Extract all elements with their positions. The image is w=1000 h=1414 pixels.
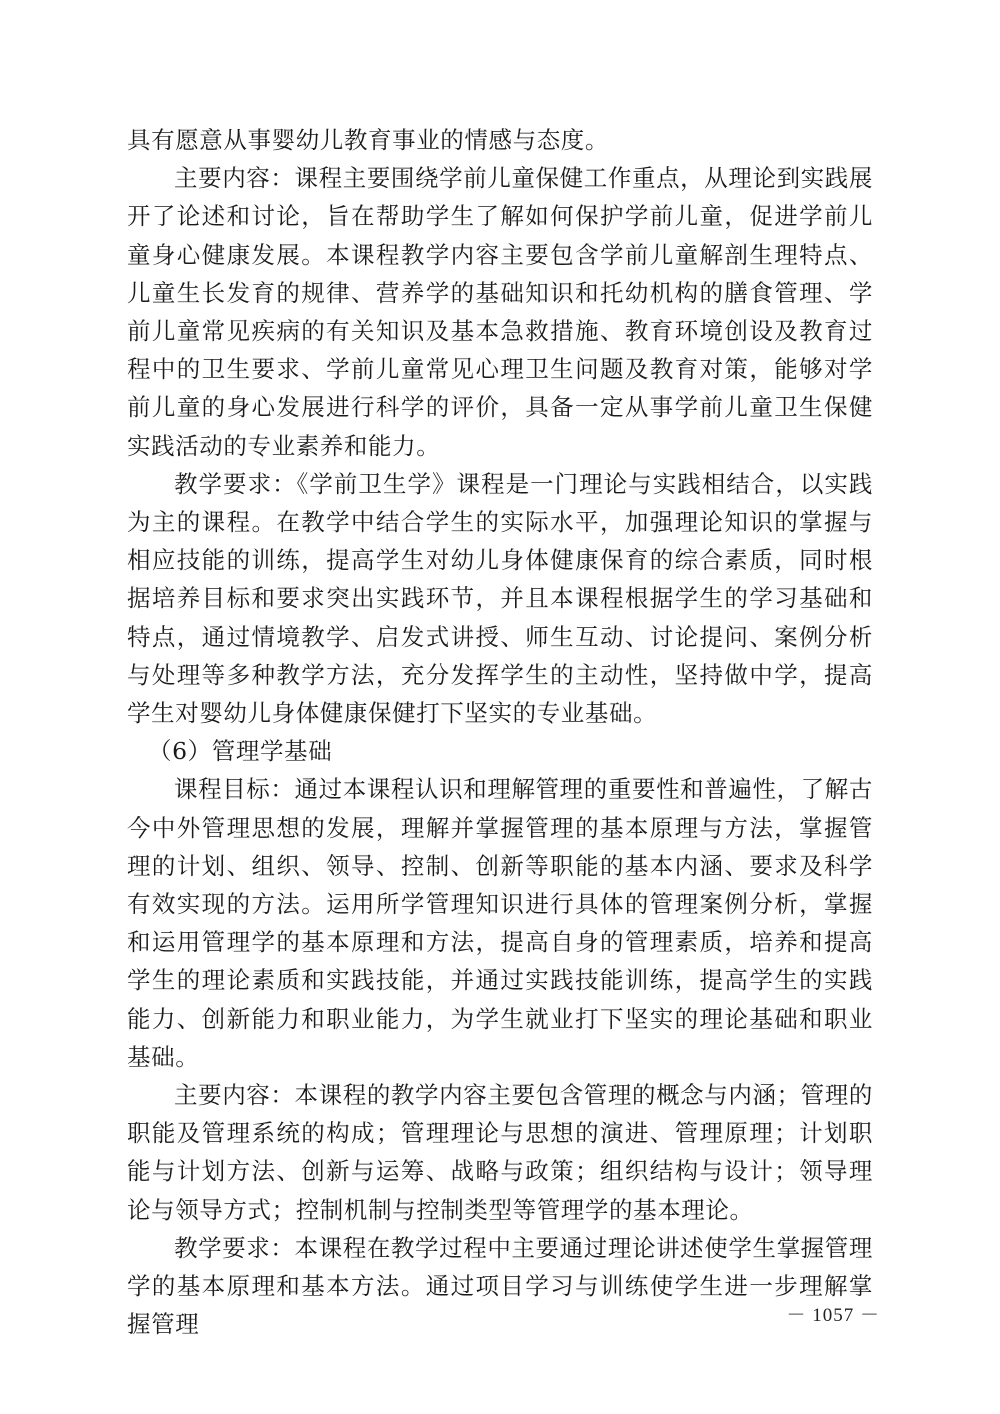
paragraph-continuation: 具有愿意从事婴幼儿教育事业的情感与态度。 [127, 121, 873, 159]
paragraph-teaching-requirements-hygiene: 教学要求：《学前卫生学》课程是一门理论与实践相结合，以实践为主的课程。在教学中结… [127, 465, 873, 732]
paragraph-course-objectives-management: 课程目标：通过本课程认识和理解管理的重要性和普遍性，了解古今中外管理思想的发展，… [127, 770, 873, 1076]
paragraph-main-content-hygiene: 主要内容：课程主要围绕学前儿童保健工作重点，从理论到实践展开了论述和讨论，旨在帮… [127, 159, 873, 465]
section-heading-management: （6）管理学基础 [127, 732, 873, 770]
document-body: 具有愿意从事婴幼儿教育事业的情感与态度。 主要内容：课程主要围绕学前儿童保健工作… [127, 121, 873, 1344]
page-number: － 1057 － [780, 1300, 880, 1327]
paragraph-main-content-management: 主要内容：本课程的教学内容主要包含管理的概念与内涵；管理的职能及管理系统的构成；… [127, 1076, 873, 1229]
paragraph-teaching-requirements-management: 教学要求：本课程在教学过程中主要通过理论讲述使学生掌握管理学的基本原理和基本方法… [127, 1229, 873, 1344]
